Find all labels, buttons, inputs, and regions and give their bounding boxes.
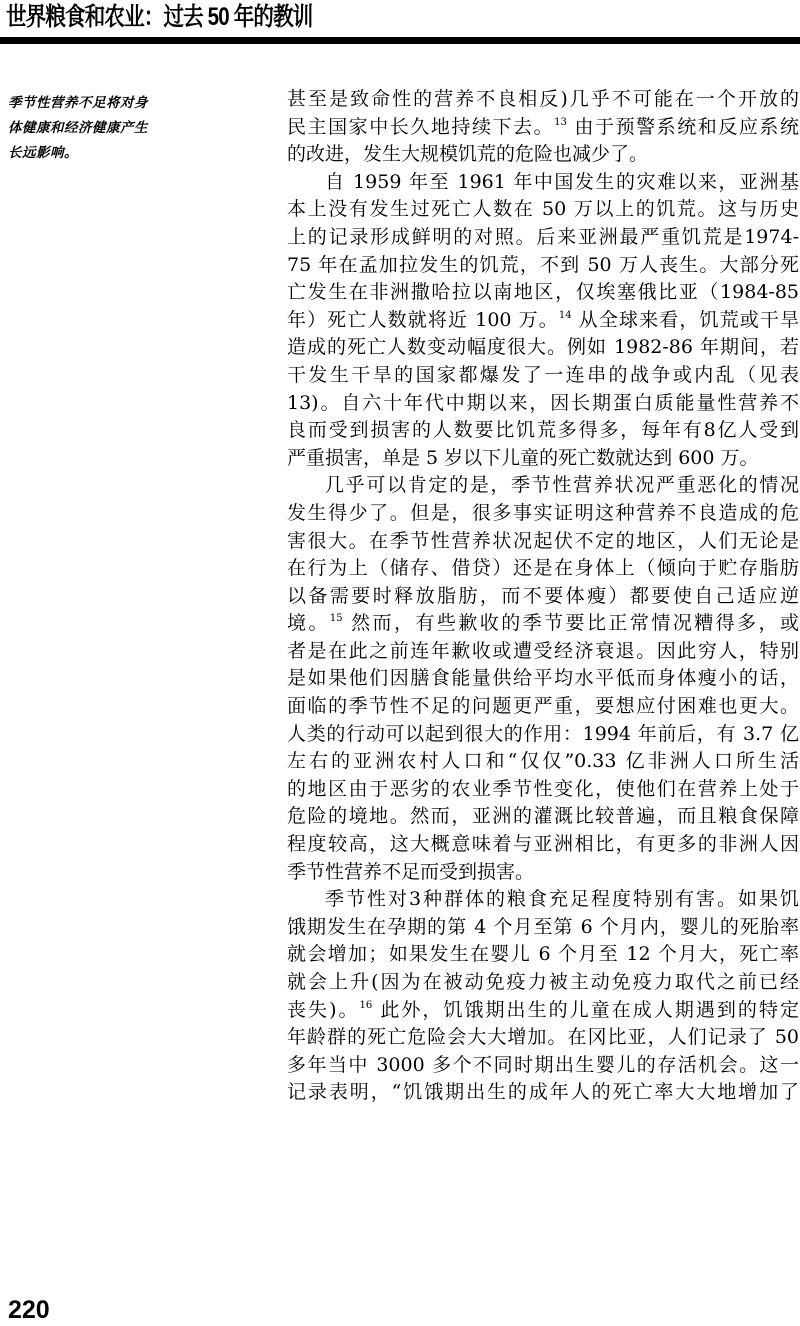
body-line-text: 干发生干旱的国家都爆发了一连串的战争或内乱（见表 [287, 364, 799, 386]
body-line: 亡发生在非洲撒哈拉以南地区，仅埃塞俄比亚（1984-85 [287, 279, 799, 307]
body-line: 害很大。在季节性营养状况起伏不定的地区，人们无论是 [287, 528, 799, 556]
body-line: 以备需要时释放脂肪，而不要体瘦）都要使自己适应逆 [287, 583, 799, 611]
body-line-text: 亡发生在非洲撒哈拉以南地区，仅埃塞俄比亚（1984-85 [287, 281, 799, 303]
body-line: 干发生干旱的国家都爆发了一连串的战争或内乱（见表 [287, 362, 799, 390]
footnote-marker: 14 [559, 310, 572, 321]
body-line-text: 人类的行动可以起到很大的作用：1994 年前后，有 3.7 亿 [287, 723, 799, 745]
body-line-text: 多年当中 3000 多个不同时期出生婴儿的存活机会。这一 [287, 1054, 799, 1076]
body-line-text: 是如果他们因膳食能量供给平均水平低而身体瘦小的话， [287, 667, 799, 689]
body-line-text: 就会增加；如果发生在婴儿 6 个月至 12 个月大，死亡率 [287, 943, 799, 965]
body-line-text: 丧失)。 [287, 999, 360, 1021]
body-line: 严重损害，单是 5 岁以下儿童的死亡数就达到 600 万。 [287, 445, 799, 473]
body-line: 自 1959 年至 1961 年中国发生的灾难以来，亚洲基 [287, 169, 799, 197]
body-line: 在行为上（储存、借贷）还是在身体上（倾向于贮存脂肪 [287, 555, 799, 583]
body-line-text: 的地区由于恶劣的农业季节性变化，使他们在营养上处于 [287, 778, 799, 800]
body-line-text: 民主国家中长久地持续下去。 [287, 116, 554, 138]
body-line-text: 良而受到损害的人数要比饥荒多得多，每年有8亿人受到 [287, 419, 799, 441]
body-line: 造成的死亡人数变动幅度很大。例如 1982-86 年期间，若 [287, 334, 799, 362]
body-line-text: 年）死亡人数就将近 100 万。 [287, 309, 559, 331]
body-line: 多年当中 3000 多个不同时期出生婴儿的存活机会。这一 [287, 1052, 799, 1080]
body-line: 面临的季节性不足的问题更严重，要想应付困难也更大。 [287, 693, 799, 721]
body-line: 丧失)。16 此外，饥饿期出生的儿童在成人期遇到的特定 [287, 997, 799, 1025]
body-line-text: 左右的亚洲农村人口和“仅仅”0.33 亿非洲人口所生活 [287, 750, 799, 772]
body-line: 是如果他们因膳食能量供给平均水平低而身体瘦小的话， [287, 665, 799, 693]
margin-pull-quote: 季节性营养不足将对身 体健康和经济健康产生 长远影响。 [8, 91, 198, 166]
body-line-text: 13)。自六十年代中期以来，因长期蛋白质能量性营养不 [287, 392, 799, 414]
page-number: 220 [8, 1296, 50, 1324]
body-line-text: 自 1959 年至 1961 年中国发生的灾难以来，亚洲基 [325, 171, 799, 193]
body-line: 人类的行动可以起到很大的作用：1994 年前后，有 3.7 亿 [287, 721, 799, 749]
body-line-text: 危险的境地。然而，亚洲的灌溉比较普遍，而且粮食保障 [287, 805, 799, 827]
body-line-text: 记录表明，“饥饿期出生的成年人的死亡率大大地增加了 [287, 1081, 799, 1103]
body-line-text: 上的记录形成鲜明的对照。后来亚洲最严重饥荒是1974- [287, 226, 799, 248]
body-line-text: 由于预警系统和反应系统 [567, 116, 799, 138]
body-line-text: 境。 [287, 612, 330, 634]
body-line: 的地区由于恶劣的农业季节性变化，使他们在营养上处于 [287, 776, 799, 804]
body-line: 季节性对3种群体的粮食充足程度特别有害。如果饥 [287, 886, 799, 914]
body-line: 13)。自六十年代中期以来，因长期蛋白质能量性营养不 [287, 390, 799, 418]
body-line-text: 造成的死亡人数变动幅度很大。例如 1982-86 年期间，若 [287, 336, 799, 358]
body-line-text: 害很大。在季节性营养状况起伏不定的地区，人们无论是 [287, 530, 799, 552]
body-line: 饿期发生在孕期的第 4 个月至第 6 个月内，婴儿的死胎率 [287, 914, 799, 942]
body-line-text: 在行为上（储存、借贷）还是在身体上（倾向于贮存脂肪 [287, 557, 799, 579]
body-line: 民主国家中长久地持续下去。13 由于预警系统和反应系统 [287, 114, 799, 142]
body-line-text: 程度较高，这大概意味着与亚洲相比，有更多的非洲人因 [287, 833, 799, 855]
body-text-column: 甚至是致命性的营养不良相反)几乎不可能在一个开放的民主国家中长久地持续下去。13… [287, 86, 799, 1107]
body-line: 上的记录形成鲜明的对照。后来亚洲最严重饥荒是1974- [287, 224, 799, 252]
body-line-text: 然而，有些歉收的季节要比正常情况糟得多，或 [343, 612, 799, 634]
body-line: 者是在此之前连年歉收或遭受经济衰退。因此穷人，特别 [287, 638, 799, 666]
body-line-text: 就会上升(因为在被动免疫力被主动免疫力取代之前已经 [287, 971, 799, 993]
body-line: 几乎可以肯定的是，季节性营养状况严重恶化的情况 [287, 472, 799, 500]
body-line-text: 发生得少了。但是，很多事实证明这种营养不良造成的危 [287, 502, 799, 524]
pull-quote-line: 长远影响。 [8, 141, 198, 166]
body-line: 程度较高，这大概意味着与亚洲相比，有更多的非洲人因 [287, 831, 799, 859]
body-line-text: 严重损害，单是 5 岁以下儿童的死亡数就达到 600 万。 [287, 447, 759, 469]
body-line-text: 饿期发生在孕期的第 4 个月至第 6 个月内，婴儿的死胎率 [287, 916, 799, 938]
body-line: 75 年在孟加拉发生的饥荒，不到 50 万人丧生。大部分死 [287, 252, 799, 280]
body-line-text: 者是在此之前连年歉收或遭受经济衰退。因此穷人，特别 [287, 640, 799, 662]
body-line-text: 的改进，发生大规模饥荒的危险也减少了。 [287, 143, 648, 165]
body-line-text: 几乎可以肯定的是，季节性营养状况严重恶化的情况 [325, 474, 799, 496]
body-line-text: 季节性营养不足而受到损害。 [287, 861, 534, 883]
body-line: 左右的亚洲农村人口和“仅仅”0.33 亿非洲人口所生活 [287, 748, 799, 776]
footnote-marker: 15 [330, 613, 343, 624]
body-line-text: 75 年在孟加拉发生的饥荒，不到 50 万人丧生。大部分死 [287, 254, 799, 276]
footnote-marker: 13 [554, 117, 567, 128]
body-line-text: 季节性对3种群体的粮食充足程度特别有害。如果饥 [325, 888, 799, 910]
body-line-text: 面临的季节性不足的问题更严重，要想应付困难也更大。 [287, 695, 799, 717]
body-line-text: 从全球来看，饥荒或干旱 [572, 309, 799, 331]
body-line: 本上没有发生过死亡人数在 50 万以上的饥荒。这与历史 [287, 196, 799, 224]
body-line-text: 本上没有发生过死亡人数在 50 万以上的饥荒。这与历史 [287, 198, 799, 220]
body-line: 就会上升(因为在被动免疫力被主动免疫力取代之前已经 [287, 969, 799, 997]
body-line: 年）死亡人数就将近 100 万。14 从全球来看，饥荒或干旱 [287, 307, 799, 335]
header-rule [0, 37, 800, 44]
body-line-text: 年龄群的死亡危险会大大增加。在冈比亚，人们记录了 50 [287, 1026, 799, 1048]
body-line-text: 以备需要时释放脂肪，而不要体瘦）都要使自己适应逆 [287, 585, 799, 607]
pull-quote-line: 体健康和经济健康产生 [8, 116, 198, 141]
body-line: 良而受到损害的人数要比饥荒多得多，每年有8亿人受到 [287, 417, 799, 445]
footnote-marker: 16 [360, 1000, 373, 1011]
body-line: 境。15 然而，有些歉收的季节要比正常情况糟得多，或 [287, 610, 799, 638]
body-line-text: 此外，饥饿期出生的儿童在成人期遇到的特定 [372, 999, 799, 1021]
running-header-title: 世界粮食和农业：过去 50 年的教训 [6, 2, 312, 32]
body-line: 的改进，发生大规模饥荒的危险也减少了。 [287, 141, 799, 169]
body-line: 危险的境地。然而，亚洲的灌溉比较普遍，而且粮食保障 [287, 803, 799, 831]
body-line: 年龄群的死亡危险会大大增加。在冈比亚，人们记录了 50 [287, 1024, 799, 1052]
body-line-text: 甚至是致命性的营养不良相反)几乎不可能在一个开放的 [287, 88, 799, 110]
body-line: 季节性营养不足而受到损害。 [287, 859, 799, 887]
body-line: 甚至是致命性的营养不良相反)几乎不可能在一个开放的 [287, 86, 799, 114]
body-line: 就会增加；如果发生在婴儿 6 个月至 12 个月大，死亡率 [287, 941, 799, 969]
body-line: 记录表明，“饥饿期出生的成年人的死亡率大大地增加了 [287, 1079, 799, 1107]
body-line: 发生得少了。但是，很多事实证明这种营养不良造成的危 [287, 500, 799, 528]
pull-quote-line: 季节性营养不足将对身 [8, 91, 198, 116]
